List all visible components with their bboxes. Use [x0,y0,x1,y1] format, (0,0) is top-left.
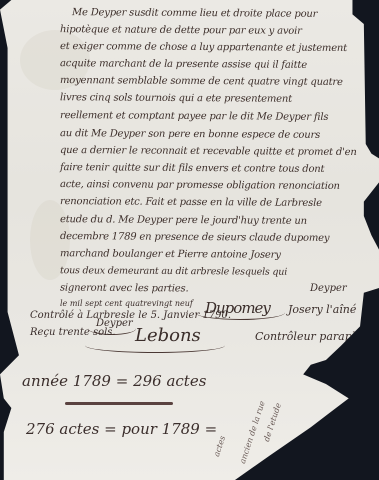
body-line: decembre 1789 en presence de sieurs clau… [60,231,329,244]
body-line: livres cinq sols tournois qui a ete pres… [60,92,292,105]
signature: Contrôleur paraph [255,330,359,343]
divider-rule [65,402,173,405]
marginal-note: le mil sept cent quatrevingt neuf [60,299,193,308]
body-line: renonciation etc. Fait et passe en la vi… [60,196,322,209]
body-line: reellement et comptant payee par le dit … [60,110,328,123]
body-line: moyennant semblable somme de cent quatre… [60,75,343,88]
body-line: acte, ainsi convenu par promesse obligat… [60,179,340,192]
control-note-line: Contrôlé à Larbresle le 5. Janvier 1790. [30,310,231,321]
document-page: Me Deyper susdit comme lieu et droite pl… [0,0,379,480]
body-line: faire tenir quitte sur dit fils envers e… [60,162,324,175]
signature: Josery l'aîné [288,303,356,316]
signature: Deyper [310,283,347,294]
vertical-note: de l'etude [262,402,283,443]
body-line: marchand boulanger et Pierre antoine Jos… [60,248,281,261]
body-line: au dit Me Deyper son pere en bonne espec… [60,128,320,141]
body-line: tous deux demeurant au dit arbresle lesq… [60,265,287,278]
body-line: hipotèque et nature de dette pour par eu… [60,24,302,37]
body-line: Me Deyper susdit comme lieu et droite pl… [72,7,317,20]
vertical-note: actes [212,435,227,458]
body-line: que a dernier le reconnait et recevable … [60,145,357,158]
control-note-line: Reçu trente sols. [30,327,116,338]
tally-note: 276 actes = pour 1789 = [26,420,217,438]
body-line: etude du d. Me Deyper pere le jourd'huy … [60,214,307,227]
tally-note: année 1789 = 296 actes [22,372,206,390]
body-line: signeront avec les parties. [60,283,189,295]
signature-flourish [85,338,225,353]
body-line: acquite marchant de la presente assise q… [60,58,307,71]
body-line: et exiger comme de chose a luy appartena… [60,41,347,54]
vertical-note: ancien de la rue [238,400,267,465]
